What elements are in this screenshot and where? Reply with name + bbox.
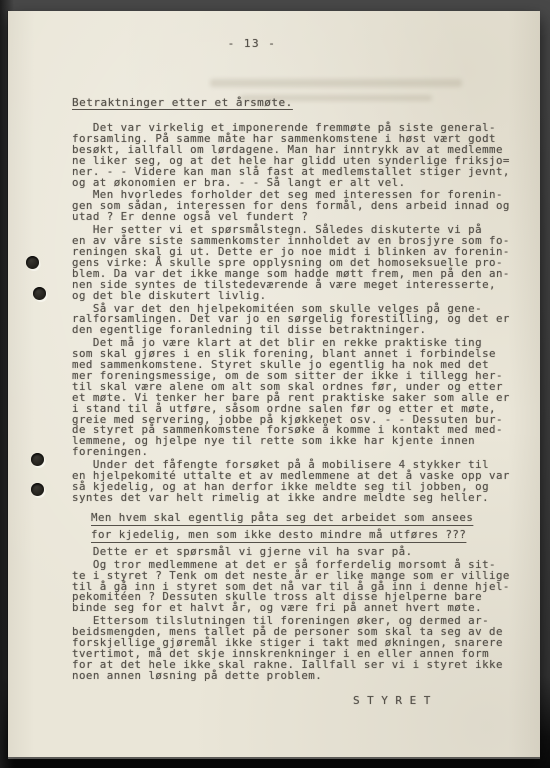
punch-hole-icon <box>26 256 39 269</box>
paragraph: Det må jo være klart at det blir en rekk… <box>72 338 514 458</box>
document-title: Betraktninger etter et årsmøte. <box>72 96 293 109</box>
paragraph: Under det fåfengte forsøket på å mobilis… <box>72 460 514 504</box>
paragraph: Dette er et spørsmål vi gjerne vil ha sv… <box>72 547 514 558</box>
emphasized-paragraph: Men hvem skal egentlig påta seg det arbe… <box>72 509 514 543</box>
paragraph: Så var det den hjelpekomitéen som skulle… <box>72 304 514 337</box>
punch-hole-icon <box>31 453 44 466</box>
document-page: - 13 - Betraktninger etter et årsmøte. D… <box>8 11 540 757</box>
paragraph: Ettersom tilslutningen til foreningen øk… <box>72 616 514 681</box>
paragraphs-container: Det var virkelig et imponerende fremmøte… <box>72 123 514 682</box>
paragraph: Her setter vi et spørsmålstegn. Således … <box>72 225 514 301</box>
paragraph: Og tror medlemmene at det er så forferde… <box>72 560 514 615</box>
punch-hole-icon <box>31 483 44 496</box>
signature-styret: S T Y R E T <box>72 696 514 707</box>
document-body: Det var virkelig et imponerende fremmøte… <box>72 123 514 707</box>
ink-bleed-ghost <box>210 79 462 87</box>
paragraph: Men hvorledes forholder det seg med inte… <box>72 190 514 223</box>
punch-hole-icon <box>33 287 46 300</box>
paragraph: Det var virkelig et imponerende fremmøte… <box>72 123 514 188</box>
page-number: - 13 - <box>8 37 496 50</box>
